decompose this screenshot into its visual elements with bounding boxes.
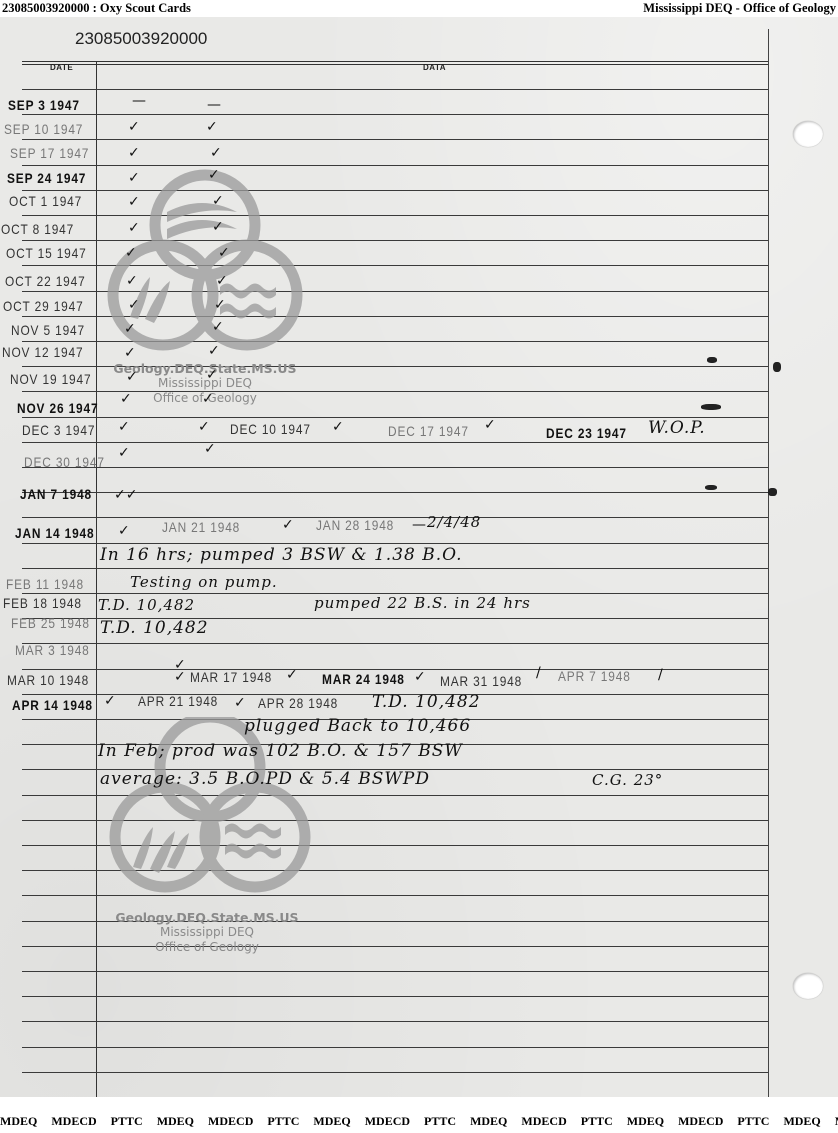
scout-card: 23085003920000 DATE DATA Geology.DEQ.Sta… bbox=[0, 17, 838, 1097]
inline-date-stamp: MAR 24 1948 bbox=[322, 671, 405, 687]
ruled-line bbox=[22, 341, 768, 342]
date-stamp: APR 14 1948 bbox=[12, 697, 93, 713]
data-column-header: DATA bbox=[423, 63, 446, 72]
slash-mark: / bbox=[536, 665, 541, 681]
ruled-line bbox=[22, 467, 768, 468]
check-mark: ✓ bbox=[212, 319, 224, 335]
date-column-header: DATE bbox=[50, 63, 73, 72]
footer-label: PTTC bbox=[267, 1114, 299, 1128]
ink-spot bbox=[705, 485, 717, 490]
viewer-header: 23085003920000 : Oxy Scout Cards Mississ… bbox=[0, 0, 838, 17]
check-mark: ✓ bbox=[128, 297, 140, 313]
footer-label: MDECD bbox=[51, 1114, 96, 1128]
handwritten-date: 2/4/48 bbox=[427, 513, 481, 531]
date-stamp: SEP 10 1947 bbox=[4, 121, 83, 137]
ruled-line bbox=[22, 215, 768, 216]
footer-label: MDECD bbox=[365, 1114, 410, 1128]
punch-hole-top bbox=[793, 121, 823, 147]
footer-label: MDEQ bbox=[783, 1114, 820, 1128]
ruled-line bbox=[22, 442, 768, 443]
footer-label: PTTC bbox=[581, 1114, 613, 1128]
check-mark: ✓ bbox=[208, 167, 220, 183]
document-title: 23085003920000 : Oxy Scout Cards bbox=[2, 1, 191, 16]
inline-date-stamp: DEC 23 1947 bbox=[546, 425, 627, 441]
ruled-line bbox=[22, 996, 768, 997]
check-mark: ✓ bbox=[118, 445, 130, 461]
inline-date-stamp: APR 28 1948 bbox=[258, 695, 338, 711]
date-stamp: OCT 29 1947 bbox=[3, 298, 84, 314]
check-mark: ✓ bbox=[286, 667, 298, 683]
agency-title: Mississippi DEQ - Office of Geology bbox=[643, 1, 836, 16]
footer-label: MDEQ bbox=[627, 1114, 664, 1128]
inline-date-stamp: DEC 17 1947 bbox=[388, 423, 469, 439]
api-number: 23085003920000 bbox=[75, 29, 207, 49]
ruled-line bbox=[22, 265, 768, 266]
ink-spot bbox=[701, 404, 721, 410]
date-stamp: DEC 30 1947 bbox=[24, 454, 105, 470]
slash-mark: / bbox=[658, 667, 663, 683]
ruled-line bbox=[22, 89, 768, 90]
note-testing-on-pump: Testing on pump. bbox=[130, 573, 278, 591]
check-mark: ✓ bbox=[174, 669, 186, 685]
inline-date-stamp: JAN 28 1948 bbox=[316, 517, 394, 533]
date-stamp: SEP 3 1947 bbox=[8, 97, 80, 113]
header-rule-double bbox=[22, 64, 768, 65]
check-mark: ✓ bbox=[206, 367, 218, 383]
date-stamp: OCT 1 1947 bbox=[9, 193, 82, 209]
check-mark: ✓ bbox=[120, 391, 132, 407]
date-stamp: OCT 15 1947 bbox=[6, 245, 87, 261]
inline-date-stamp: APR 21 1948 bbox=[138, 693, 218, 709]
ink-spot bbox=[707, 357, 717, 363]
ruled-line bbox=[22, 165, 768, 166]
note-average: average: 3.5 B.O.PD & 5.4 BSWPD bbox=[100, 769, 430, 789]
inline-date-stamp: APR 7 1948 bbox=[558, 668, 631, 684]
check-mark: ✓ bbox=[218, 245, 230, 261]
footer-label: MDEQ bbox=[0, 1114, 37, 1128]
ruled-line bbox=[22, 820, 768, 821]
ruled-line bbox=[22, 643, 768, 644]
dash-mark: — bbox=[412, 517, 426, 533]
check-mark: ✓ bbox=[126, 273, 138, 289]
watermark-agency-2: Mississippi DEQ bbox=[112, 925, 302, 939]
footer-label: PTTC bbox=[111, 1114, 143, 1128]
date-stamp: SEP 17 1947 bbox=[10, 145, 89, 161]
handwritten-wop: W.O.P. bbox=[648, 418, 706, 438]
card-right-border bbox=[768, 29, 769, 1097]
ruled-line bbox=[22, 316, 768, 317]
ink-spot bbox=[768, 488, 777, 496]
date-stamp: JAN 14 1948 bbox=[15, 525, 94, 541]
ruled-line bbox=[22, 870, 768, 871]
check-mark: ✓ bbox=[128, 145, 140, 161]
dash-mark: — bbox=[132, 93, 146, 109]
footer-banner: MDEQMDECDPTTCMDEQMDECDPTTCMDEQMDECDPTTCM… bbox=[0, 1114, 838, 1133]
check-mark: ✓ bbox=[202, 391, 214, 407]
footer-label: MDECD bbox=[521, 1114, 566, 1128]
date-stamp: OCT 22 1947 bbox=[5, 273, 86, 289]
inline-date-stamp: MAR 31 1948 bbox=[440, 673, 522, 689]
ruled-line bbox=[22, 1021, 768, 1022]
check-mark: ✓ bbox=[484, 417, 496, 433]
dash-mark: — bbox=[207, 97, 221, 113]
ruled-line bbox=[22, 795, 768, 796]
ruled-line bbox=[22, 1047, 768, 1048]
footer-label: PTTC bbox=[424, 1114, 456, 1128]
header-rule bbox=[22, 61, 768, 62]
inline-date-stamp: JAN 21 1948 bbox=[162, 519, 240, 535]
check-mark: ✓ bbox=[212, 219, 224, 235]
ruled-line bbox=[22, 291, 768, 292]
note-pumped-22: pumped 22 B.S. in 24 hrs bbox=[314, 594, 531, 612]
check-mark: ✓ bbox=[206, 119, 218, 135]
check-mark: ✓ bbox=[216, 273, 228, 289]
ruled-line bbox=[22, 669, 768, 670]
note-plugged-back: plugged Back to 10,466 bbox=[244, 716, 471, 736]
ruled-line bbox=[22, 971, 768, 972]
date-stamp: FEB 11 1948 bbox=[6, 576, 84, 592]
watermark-agency: Mississippi DEQ bbox=[110, 376, 300, 390]
ruled-line bbox=[22, 568, 768, 569]
footer-label: MDEQ bbox=[313, 1114, 350, 1128]
ruled-line bbox=[22, 543, 768, 544]
check-mark: ✓ bbox=[118, 419, 130, 435]
ruled-line bbox=[22, 1072, 768, 1073]
date-stamp: NOV 12 1947 bbox=[2, 344, 83, 360]
note-td-1: T.D. 10,482 bbox=[98, 596, 195, 614]
note-td-3: T.D. 10,482 bbox=[372, 692, 481, 712]
note-gravity: C.G. 23° bbox=[592, 771, 663, 789]
column-divider bbox=[96, 61, 97, 1097]
date-stamp: NOV 26 1947 bbox=[17, 400, 98, 416]
note-feb-production: In Feb; prod was 102 B.O. & 157 BSW bbox=[98, 741, 463, 761]
ruled-line bbox=[22, 240, 768, 241]
footer-label: MDECD bbox=[678, 1114, 723, 1128]
check-mark: ✓ bbox=[125, 245, 137, 261]
punch-hole-bottom bbox=[793, 973, 823, 999]
check-mark: ✓ bbox=[414, 669, 426, 685]
footer-label: MDEQ bbox=[157, 1114, 194, 1128]
inline-date-stamp: DEC 10 1947 bbox=[230, 421, 311, 437]
note-td-2: T.D. 10,482 bbox=[100, 618, 209, 638]
check-mark: ✓ bbox=[126, 369, 138, 385]
check-mark: ✓ bbox=[104, 693, 116, 709]
footer-label: MDEQ bbox=[470, 1114, 507, 1128]
ruled-line bbox=[22, 139, 768, 140]
watermark-url: Geology.DEQ.State.MS.US bbox=[110, 361, 300, 376]
inline-date-stamp: MAR 17 1948 bbox=[190, 669, 272, 685]
date-stamp: JAN 7 1948 bbox=[20, 486, 92, 502]
check-mark: ✓ bbox=[210, 145, 222, 161]
check-mark: ✓ bbox=[124, 321, 136, 337]
check-mark: ✓ bbox=[128, 119, 140, 135]
date-stamp: DEC 3 1947 bbox=[22, 422, 95, 438]
ruled-line bbox=[22, 845, 768, 846]
check-mark: ✓ bbox=[118, 523, 130, 539]
ruled-line bbox=[22, 114, 768, 115]
footer-label: PTTC bbox=[737, 1114, 769, 1128]
double-check-mark: ✓✓ bbox=[114, 487, 137, 503]
check-mark: ✓ bbox=[332, 419, 344, 435]
date-stamp: FEB 18 1948 bbox=[3, 595, 82, 611]
check-mark: ✓ bbox=[124, 345, 136, 361]
check-mark: ✓ bbox=[234, 695, 246, 711]
check-mark: ✓ bbox=[214, 297, 226, 313]
check-mark: ✓ bbox=[204, 441, 216, 457]
watermark-url-2: Geology.DEQ.State.MS.US bbox=[112, 910, 302, 925]
date-stamp: FEB 25 1948 bbox=[11, 615, 90, 631]
check-mark: ✓ bbox=[212, 193, 224, 209]
date-stamp: MAR 10 1948 bbox=[7, 672, 89, 688]
ink-spot bbox=[773, 362, 781, 372]
check-mark: ✓ bbox=[128, 194, 140, 210]
watermark-office-2: Office of Geology bbox=[112, 940, 302, 954]
check-mark: ✓ bbox=[198, 419, 210, 435]
ruled-line bbox=[22, 190, 768, 191]
check-mark: ✓ bbox=[128, 170, 140, 186]
date-stamp: NOV 19 1947 bbox=[10, 371, 91, 387]
date-stamp: MAR 3 1948 bbox=[15, 642, 90, 658]
ruled-line bbox=[22, 895, 768, 896]
footer-label: MDECD bbox=[208, 1114, 253, 1128]
check-mark: ✓ bbox=[128, 220, 140, 236]
date-stamp: SEP 24 1947 bbox=[7, 170, 86, 186]
ruled-line bbox=[22, 517, 768, 518]
check-mark: ✓ bbox=[282, 517, 294, 533]
date-stamp: NOV 5 1947 bbox=[11, 322, 85, 338]
date-stamp: OCT 8 1947 bbox=[1, 221, 74, 237]
check-mark: ✓ bbox=[208, 343, 220, 359]
note-pumped-16hrs: In 16 hrs; pumped 3 BSW & 1.38 B.O. bbox=[100, 545, 462, 565]
